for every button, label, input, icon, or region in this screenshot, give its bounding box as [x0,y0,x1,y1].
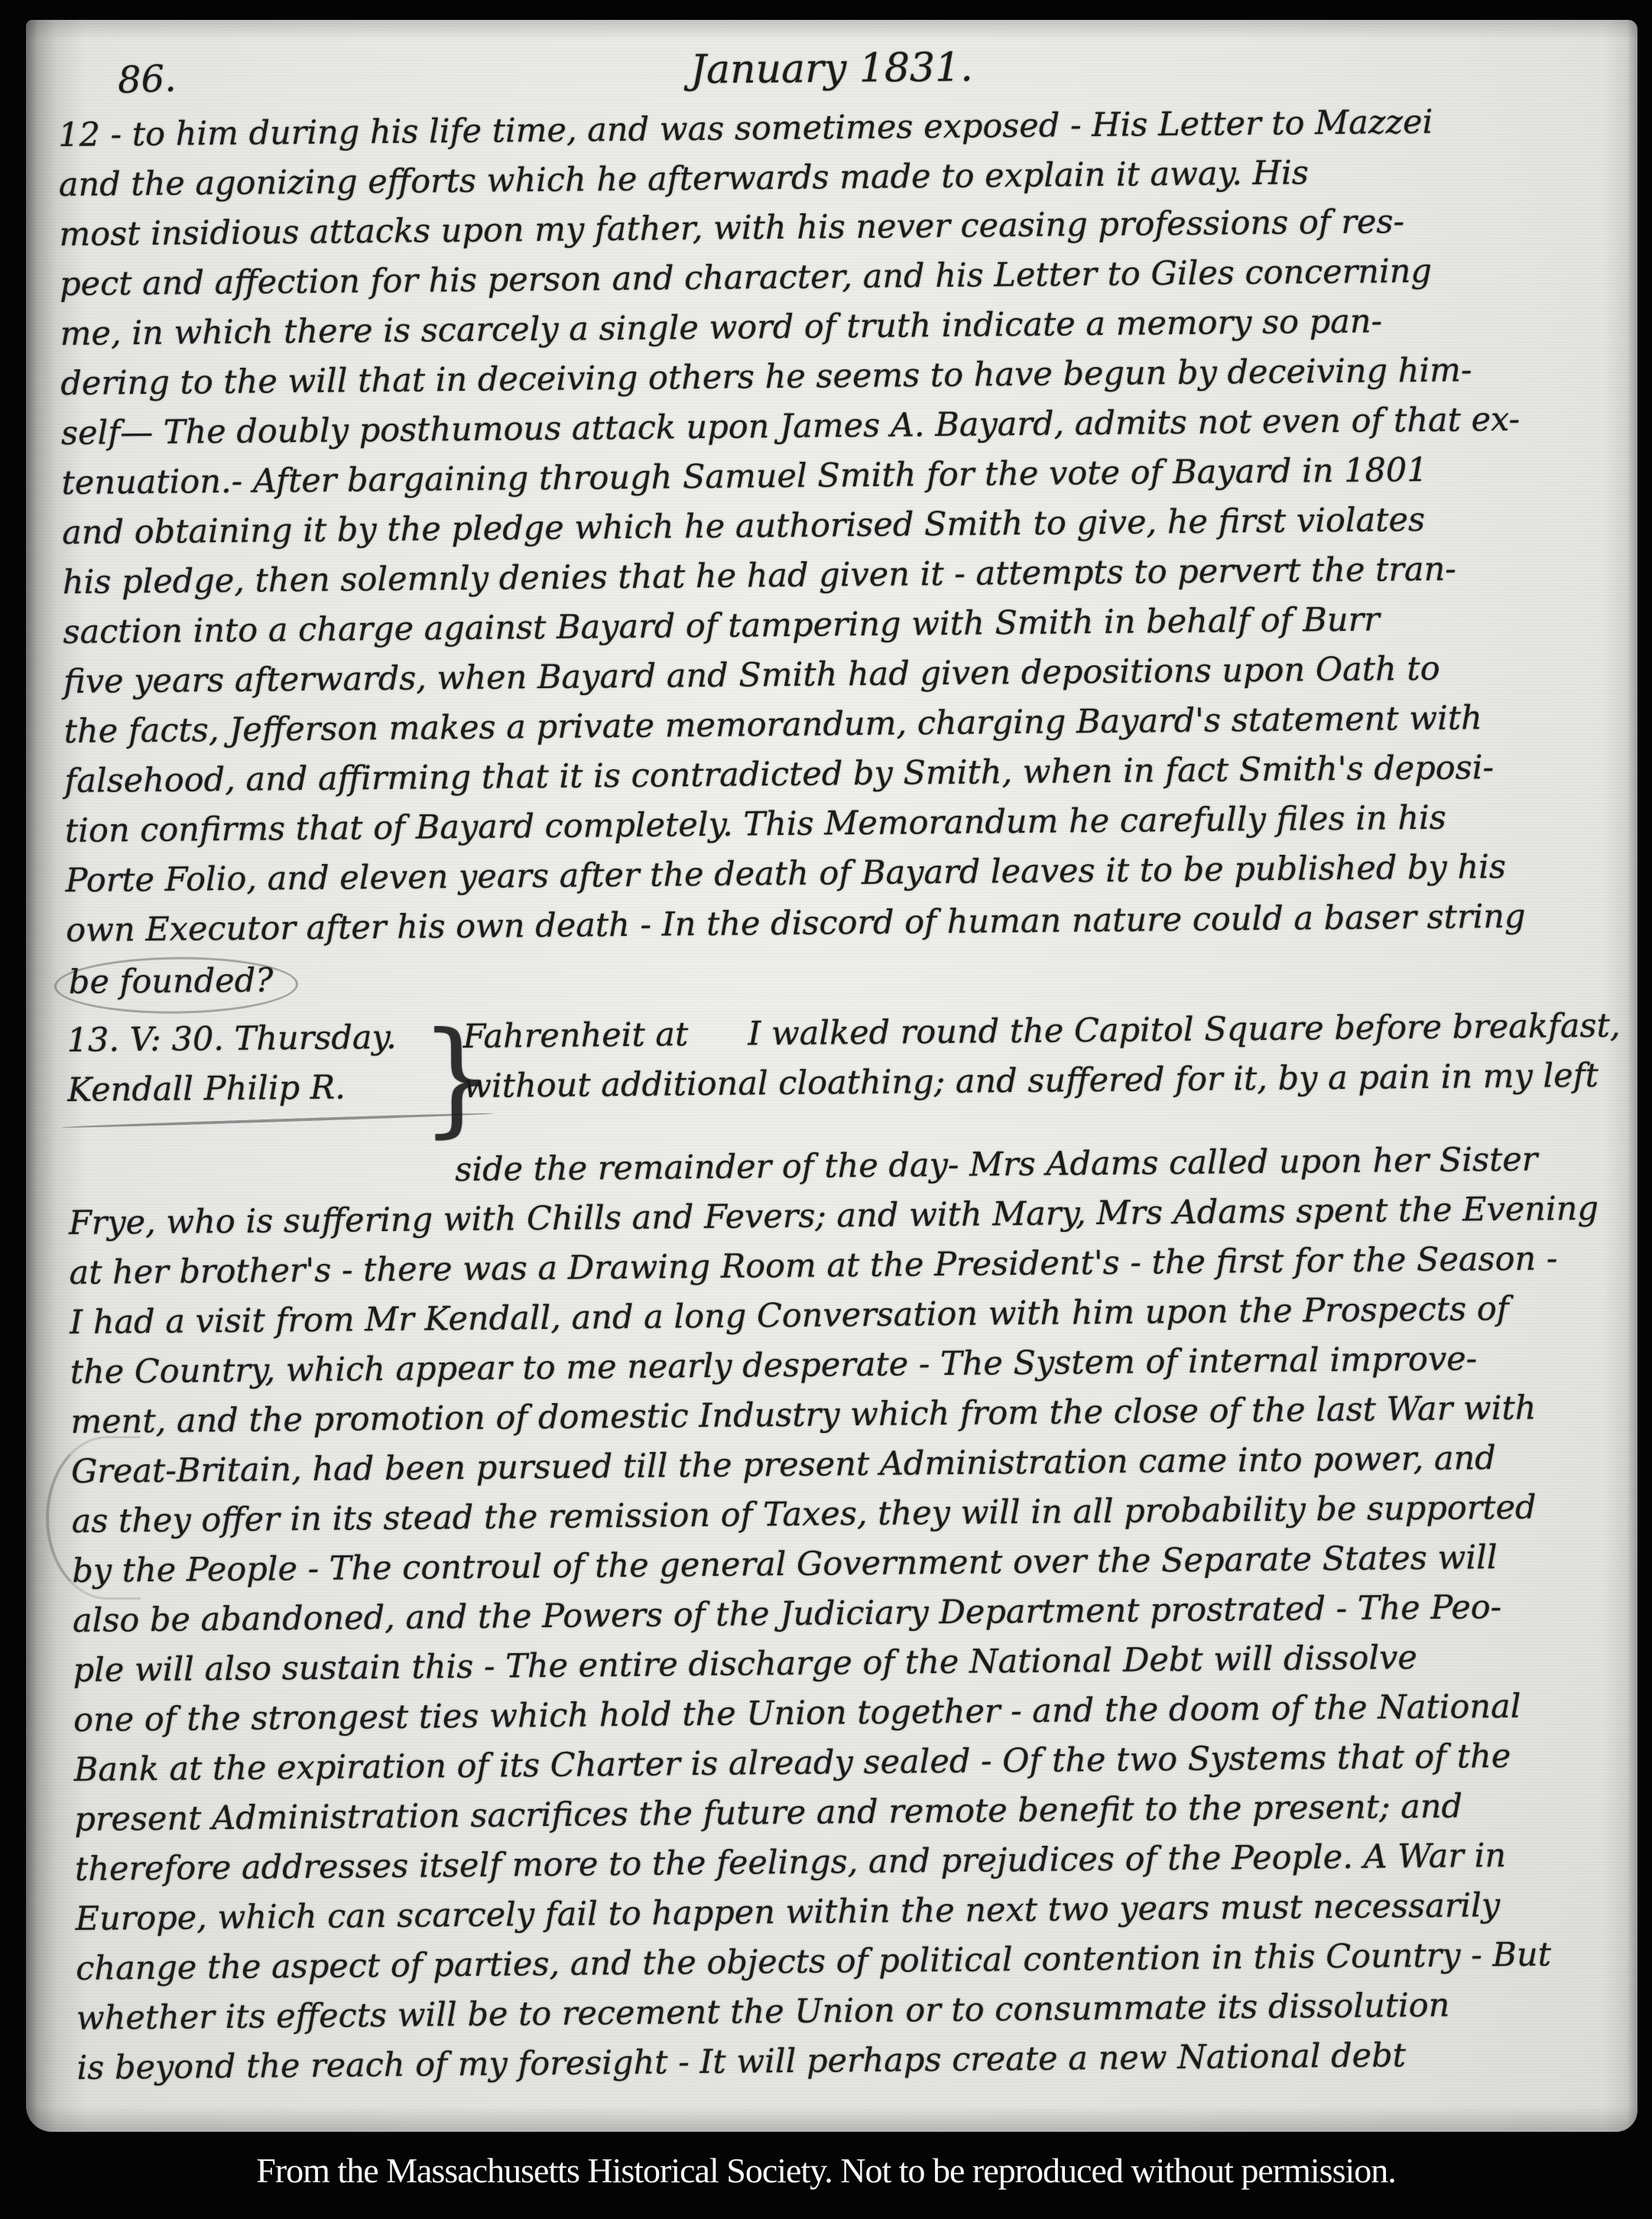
entry-jan12: 12 - to him during his life time, and wa… [58,99,1618,958]
temperature-blank [688,1045,748,1045]
entry-jan13: Frye, who is suffering with Chills and F… [69,1186,1629,2095]
footer-caption: From the Massachusetts Historical Societ… [0,2150,1652,2191]
fahrenheit-note: Fahrenheit at [462,1015,688,1056]
scanned-diary-photo: 86. January 1831. 12 - to him during his… [0,0,1652,2219]
diary-text: I walked round the Capitol Square before… [748,1006,1621,1053]
pencil-circled-text: be founded? [54,956,299,1015]
diary-body: 12 - to him during his life time, and wa… [58,99,1629,2096]
entry-jan13-head-text: Fahrenheit atI walked round the Capitol … [462,1003,1621,1148]
entry-jan13-heading: 13. V: 30. Thursday. Kendall Philip R. }… [67,1003,1620,1151]
diary-line: without additional cloathing; and suffer… [463,1053,1621,1114]
entry-marginalia: 13. V: 30. Thursday. Kendall Philip R. [67,1015,421,1152]
names-marginalia: Kendall Philip R. [67,1065,421,1118]
month-year-heading: January 1831. [26,39,1637,99]
entry-date-marginalia: 13. V: 30. Thursday. [67,1015,420,1068]
brace-mark: } [420,1006,464,1150]
pencil-oval-annotation [46,1436,141,1600]
manuscript-page: 86. January 1831. 12 - to him during his… [26,20,1637,2132]
